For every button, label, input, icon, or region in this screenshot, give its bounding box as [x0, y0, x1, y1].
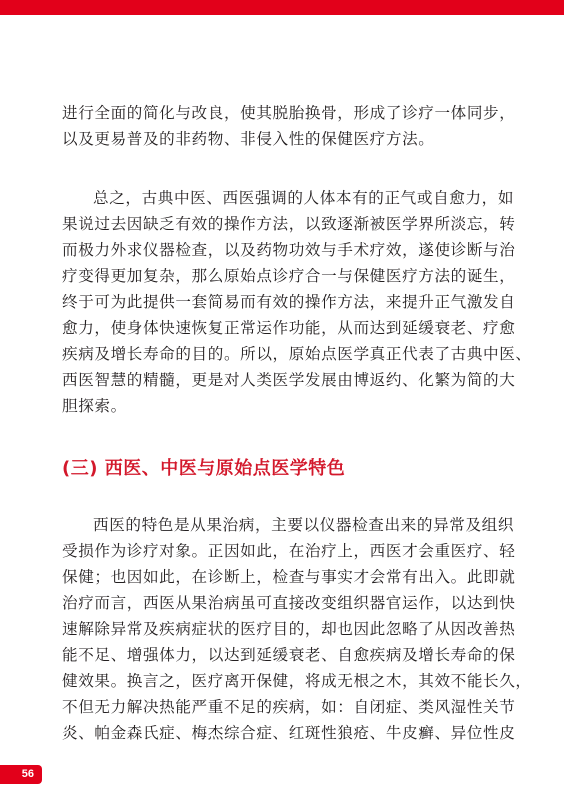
text-line: 总之，古典中医、西医强调的人体本有的正气或自愈力，如 — [62, 185, 506, 211]
text-line: 而极力外求仪器检查，以及药物功效与手术疗效，遂使诊断与治 — [62, 237, 506, 263]
text-line: 愈力，使身体快速恢复正常运作功能，从而达到延缓衰老、疗愈 — [62, 315, 506, 341]
text-line: 果说过去因缺乏有效的操作方法，以致逐渐被医学界所淡忘，转 — [62, 211, 506, 237]
page-number-badge: 56 — [0, 765, 42, 784]
text-line: 不但无力解决热能严重不足的疾病，如：自闭症、类风湿性关节 — [62, 694, 506, 720]
text-line: 受损作为诊疗对象。正因如此，在治疗上，西医才会重医疗、轻 — [62, 538, 506, 564]
page-content: 进行全面的简化与改良，使其脱胎换骨，形成了诊疗一体同步， 以及更易普及的非药物、… — [62, 100, 506, 746]
section-heading: (三) 西医、中医与原始点医学特色 — [62, 454, 506, 484]
text-line: 西医的特色是从果治病，主要以仪器检查出来的异常及组织 — [62, 512, 506, 538]
text-line: 进行全面的简化与改良，使其脱胎换骨，形成了诊疗一体同步， — [62, 100, 506, 126]
text-line: 疗变得更加复杂，那么原始点诊疗合一与保健医疗方法的诞生， — [62, 263, 506, 289]
text-line: 西医智慧的精髓，更是对人类医学发展由博返约、化繁为简的大 — [62, 367, 506, 393]
top-accent-bar — [0, 0, 564, 15]
paragraph-summary: 总之，古典中医、西医强调的人体本有的正气或自愈力，如 果说过去因缺乏有效的操作方… — [62, 185, 506, 419]
text-line: 治疗而言，西医从果治病虽可直接改变组织器官运作，以达到快 — [62, 590, 506, 616]
paragraph-intro-continuation: 进行全面的简化与改良，使其脱胎换骨，形成了诊疗一体同步， 以及更易普及的非药物、… — [62, 100, 506, 152]
text-line: 能不足、增强体力，以达到延缓衰老、自愈疾病及增长寿命的保 — [62, 642, 506, 668]
text-line: 以及更易普及的非药物、非侵入性的保健医疗方法。 — [62, 126, 506, 152]
text-line: 胆探索。 — [62, 393, 506, 419]
text-line: 炎、帕金森氏症、梅杰综合症、红斑性狼疮、牛皮癣、异位性皮 — [62, 720, 506, 746]
text-line: 保健；也因如此，在诊断上，检查与事实才会常有出入。此即就 — [62, 564, 506, 590]
text-line: 终于可为此提供一套简易而有效的操作方法，来提升正气激发自 — [62, 289, 506, 315]
text-line: 疾病及增长寿命的目的。所以，原始点医学真正代表了古典中医、 — [62, 341, 506, 367]
text-line: 健效果。换言之，医疗离开保健，将成无根之木，其效不能长久， — [62, 668, 506, 694]
paragraph-western-medicine: 西医的特色是从果治病，主要以仪器检查出来的异常及组织 受损作为诊疗对象。正因如此… — [62, 512, 506, 746]
text-line: 速解除异常及疾病症状的医疗目的，却也因此忽略了从因改善热 — [62, 616, 506, 642]
